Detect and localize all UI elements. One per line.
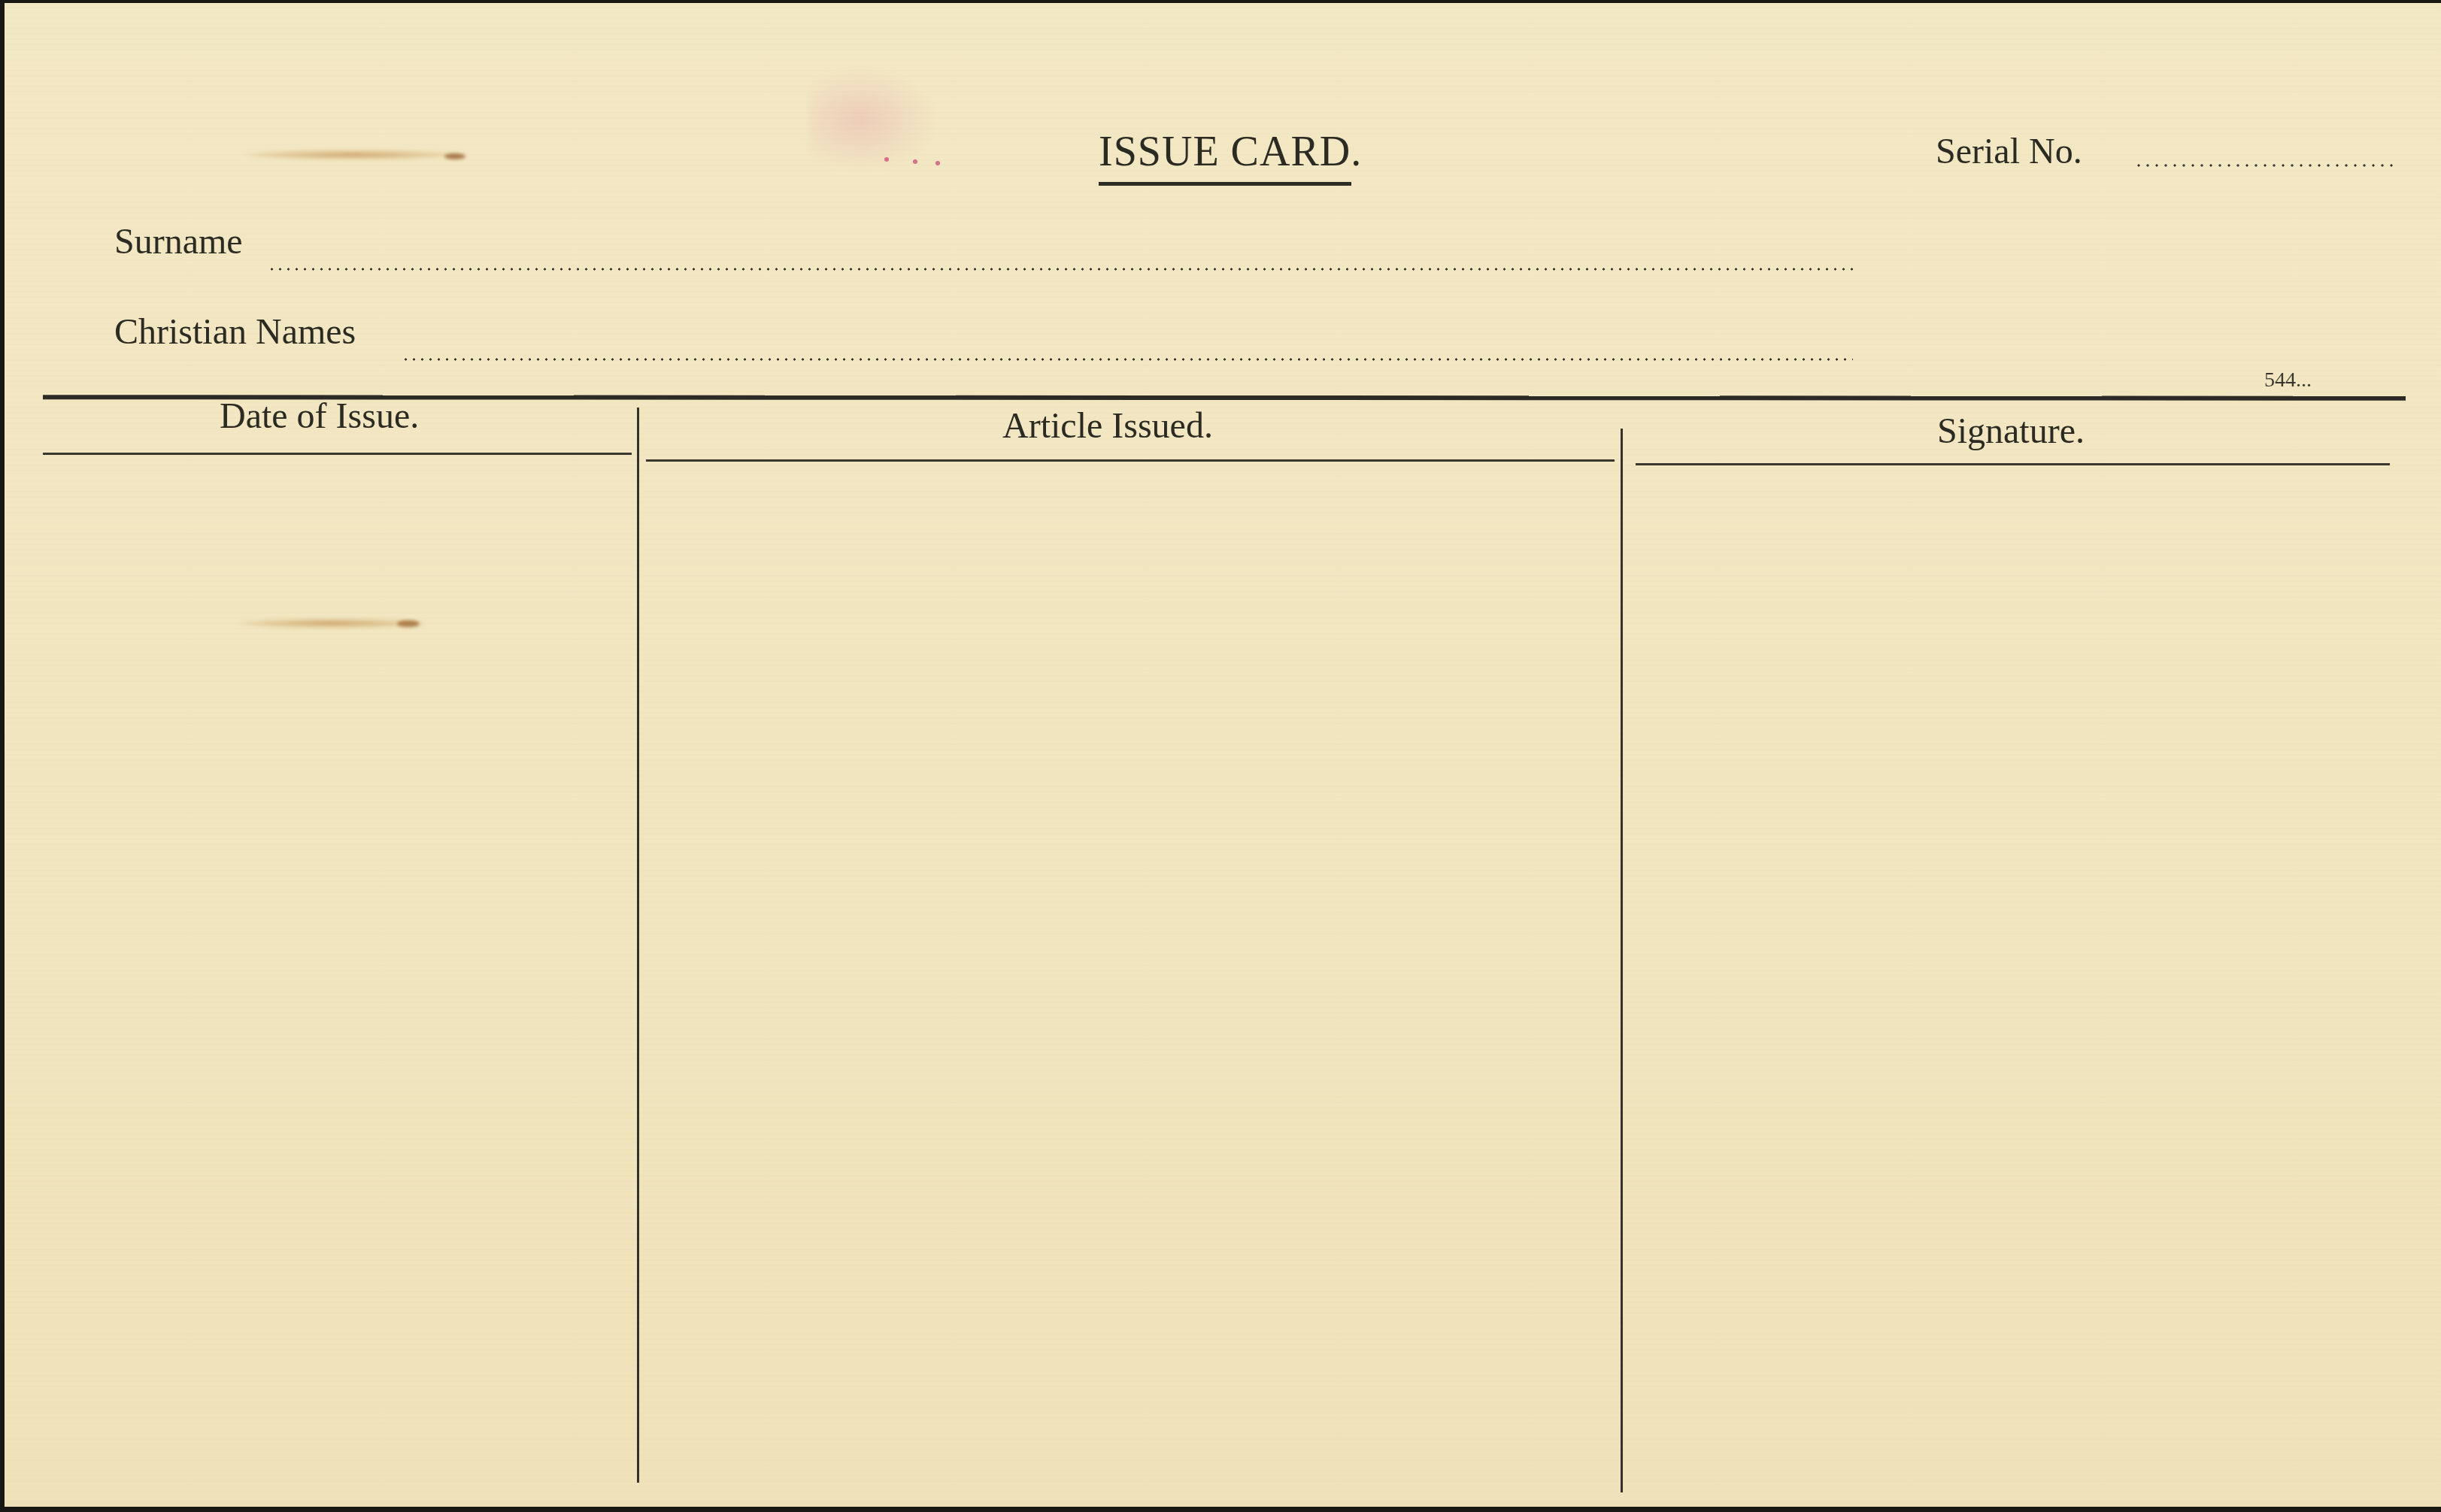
form-number: 544...	[2264, 368, 2312, 392]
column-header-article-issued: Article Issued.	[1002, 405, 1213, 447]
surname-label: Surname	[114, 221, 243, 262]
column-divider-2	[1621, 429, 1623, 1492]
column-header-date-of-issue: Date of Issue.	[220, 395, 419, 437]
card-title: ISSUE CARD.	[1099, 128, 1362, 176]
pink-ink-speck	[884, 157, 889, 162]
rust-stain	[444, 153, 465, 159]
christian-names-field[interactable]	[402, 358, 1853, 361]
pink-ink-speck	[913, 159, 917, 164]
date-of-issue-column-area[interactable]	[50, 469, 632, 1477]
signature-column-area[interactable]	[1627, 477, 2391, 1484]
column-header-signature: Signature.	[1937, 411, 2085, 452]
issue-card: ISSUE CARD. Serial No. Surname Christian…	[5, 3, 2441, 1507]
column-divider-1	[637, 408, 639, 1483]
surname-field[interactable]	[268, 268, 1853, 271]
column-rule-article	[646, 459, 1615, 462]
pink-ink-speck	[935, 161, 940, 165]
title-underline	[1099, 182, 1351, 186]
christian-names-label: Christian Names	[114, 311, 356, 353]
article-issued-column-area[interactable]	[644, 473, 1618, 1480]
column-rule-signature	[1636, 463, 2390, 465]
serial-number-label: Serial No.	[1936, 131, 2082, 172]
pink-ink-stain	[809, 67, 937, 172]
column-rule-date	[43, 453, 632, 455]
serial-number-field[interactable]	[2134, 164, 2399, 167]
rust-stain	[244, 150, 462, 160]
